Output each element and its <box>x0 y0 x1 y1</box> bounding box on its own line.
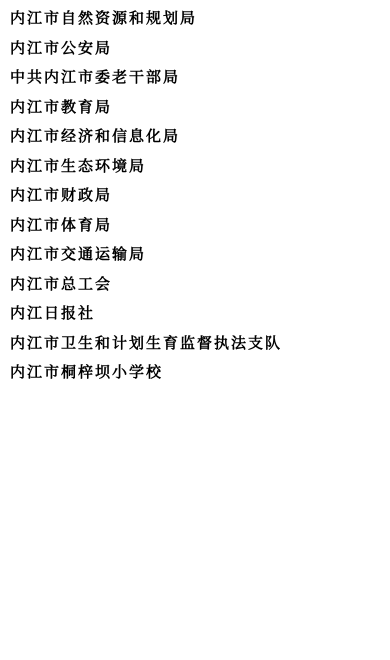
list-item: 内江市卫生和计划生育监督执法支队 <box>10 330 384 360</box>
list-item: 内江日报社 <box>10 300 384 330</box>
list-item: 内江市经济和信息化局 <box>10 123 384 153</box>
list-item: 内江市生态环境局 <box>10 153 384 183</box>
org-list: 内江市自然资源和规划局 内江市公安局 中共内江市委老干部局 内江市教育局 内江市… <box>10 5 384 389</box>
list-item: 内江市公安局 <box>10 35 384 65</box>
list-item: 中共内江市委老干部局 <box>10 64 384 94</box>
list-item: 内江市总工会 <box>10 271 384 301</box>
list-item: 内江市财政局 <box>10 182 384 212</box>
list-item: 内江市交通运输局 <box>10 241 384 271</box>
list-item: 内江市桐梓坝小学校 <box>10 359 384 389</box>
list-item: 内江市自然资源和规划局 <box>10 5 384 35</box>
list-item: 内江市体育局 <box>10 212 384 242</box>
page: 内江市自然资源和规划局 内江市公安局 中共内江市委老干部局 内江市教育局 内江市… <box>0 0 390 660</box>
list-item: 内江市教育局 <box>10 94 384 124</box>
